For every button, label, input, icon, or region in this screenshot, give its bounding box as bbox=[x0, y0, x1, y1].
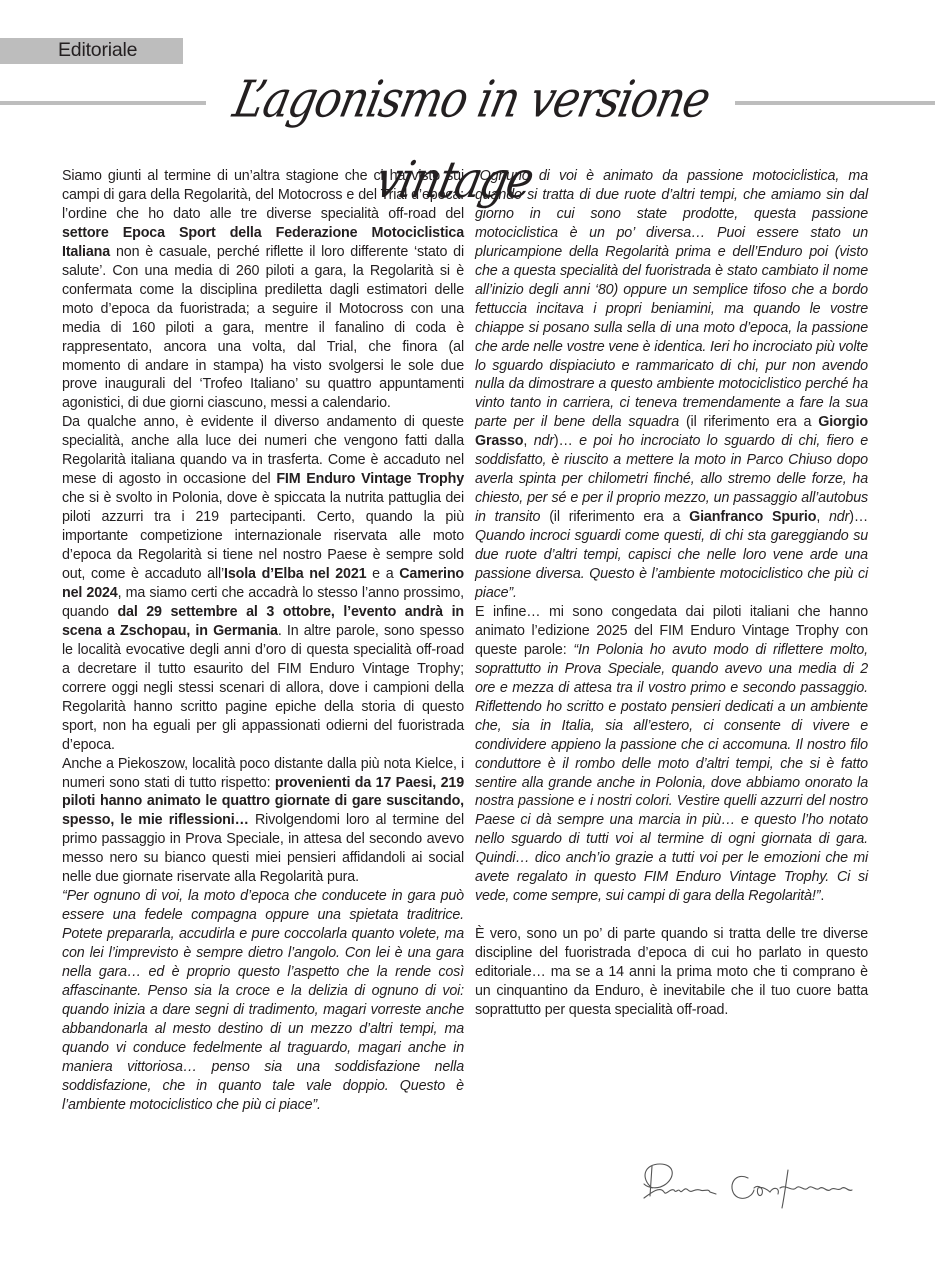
bold-text: Isola d’Elba nel 2021 bbox=[224, 566, 366, 582]
page-title: L’agonismo in versione vintage bbox=[200, 60, 740, 152]
section-tab: Editoriale bbox=[0, 38, 183, 64]
italic-quote: “Per ognuno di voi, la moto d’epoca che … bbox=[62, 888, 464, 1112]
paragraph: Anche a Piekoszow, località poco distant… bbox=[62, 755, 464, 888]
handwritten-signature-icon bbox=[630, 1158, 880, 1218]
paragraph: È vero, sono un po’ di parte quando si t… bbox=[475, 925, 868, 1020]
bold-text: Gianfranco Spurio bbox=[689, 509, 816, 525]
paragraph: Siamo giunti al termine di un’altra stag… bbox=[62, 167, 464, 413]
quote-paragraph: “Ognuno di voi è animato da passione mot… bbox=[475, 167, 868, 603]
paragraph: E infine… mi sono congedata dai piloti i… bbox=[475, 603, 868, 906]
title-rule-right bbox=[735, 101, 935, 105]
title-rule-left bbox=[0, 101, 206, 105]
italic-quote: “In Polonia ho avuto modo di riflettere … bbox=[475, 642, 868, 904]
article-column-left: Siamo giunti al termine di un’altra stag… bbox=[62, 167, 464, 1115]
quote-paragraph: “Per ognuno di voi, la moto d’epoca che … bbox=[62, 887, 464, 1114]
paragraph: Da qualche anno, è evidente il diverso a… bbox=[62, 413, 464, 754]
article-column-right: “Ognuno di voi è animato da passione mot… bbox=[475, 167, 868, 1020]
section-label: Editoriale bbox=[58, 39, 137, 62]
bold-text: FIM Enduro Vintage Trophy bbox=[276, 471, 464, 487]
